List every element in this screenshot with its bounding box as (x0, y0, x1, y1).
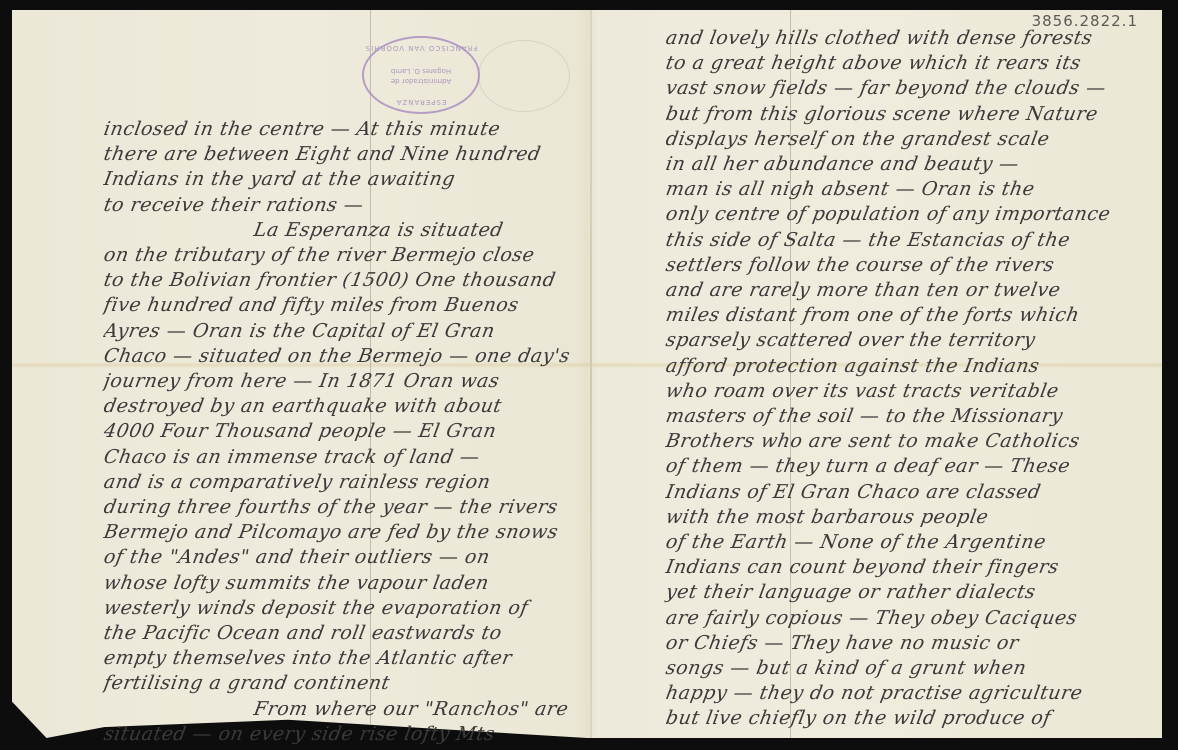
handwritten-line: destroyed by an earthquake with about (102, 394, 576, 419)
handwritten-line: masters of the soil — to the Missionary (664, 404, 1148, 429)
handwritten-line: and lovely hills clothed with dense fore… (664, 26, 1148, 51)
handwritten-line: Indians in the yard at the awaiting (102, 167, 576, 192)
handwritten-line: of the Earth — None of the Argentine (664, 530, 1148, 555)
handwritten-line: empty themselves into the Atlantic after (102, 646, 576, 671)
handwritten-line: in all her abundance and beauty — (664, 152, 1148, 177)
handwritten-line: miles distant from one of the forts whic… (664, 303, 1148, 328)
handwritten-line: with the most barbarous people (664, 505, 1148, 530)
handwritten-line: yet their language or rather dialects (664, 580, 1148, 605)
handwritten-line: whose lofty summits the vapour laden (102, 571, 576, 596)
handwritten-line: vast snow fields — far beyond the clouds… (664, 76, 1148, 101)
handwritten-line: Chaco — situated on the Bermejo — one da… (102, 344, 576, 369)
handwritten-line: La Esperanza is situated (102, 218, 576, 243)
handwritten-line: Indians can count beyond their fingers (664, 555, 1148, 580)
handwritten-line: sparsely scattered over the territory (664, 328, 1148, 353)
handwritten-line: to receive their rations — (102, 193, 576, 218)
handwritten-line: westerly winds deposit the evaporation o… (102, 596, 576, 621)
handwritten-line: and are rarely more than ten or twelve (664, 278, 1148, 303)
handwritten-line: to a great height above which it rears i… (664, 51, 1148, 76)
handwritten-line: of the "Andes" and their outliers — on (102, 545, 576, 570)
handwritten-line: the Pacific Ocean and roll eastwards to (102, 621, 576, 646)
handwritten-line: settlers follow the course of the rivers (664, 253, 1148, 278)
handwritten-line: Ayres — Oran is the Capital of El Gran (102, 319, 576, 344)
handwritten-line: but live chiefly on the wild produce of (664, 706, 1148, 731)
handwritten-line: man is all nigh absent — Oran is the (664, 177, 1148, 202)
handwritten-line: but from this glorious scene where Natur… (664, 102, 1148, 127)
handwritten-line: From where our "Ranchos" are (102, 697, 576, 722)
stamp-ring-top: FRANCISCO VAN VOORHIS (364, 44, 478, 52)
ink-stamp-icon: FRANCISCO VAN VOORHIS Administrador de H… (362, 36, 480, 114)
center-fold (590, 10, 592, 738)
handwritten-line: inclosed in the centre — At this minute (102, 117, 576, 142)
handwritten-line: Brothers who are sent to make Catholics (664, 429, 1148, 454)
handwritten-line: are fairly copious — They obey Caciques (664, 606, 1148, 631)
left-page: inclosed in the centre — At this minute … (104, 117, 574, 747)
handwritten-line: journey from here — In 1871 Oran was (102, 369, 576, 394)
stamp-ring-bottom: ESPERANZA (364, 98, 478, 106)
handwritten-line: 4000 Four Thousand people — El Gran (102, 419, 576, 444)
stamp-inner-line: Administrador de (364, 76, 478, 86)
handwritten-line: this side of Salta — the Estancias of th… (664, 228, 1148, 253)
handwritten-line: happy — they do not practise agriculture (664, 681, 1148, 706)
handwritten-line: to the Bolivian frontier (1500) One thou… (102, 268, 576, 293)
right-page: and lovely hills clothed with dense fore… (666, 26, 1146, 732)
handwritten-line: of them — they turn a deaf ear — These (664, 454, 1148, 479)
stamp-inner: Administrador de Hogares O. Lamb (364, 66, 478, 86)
handwritten-line: there are between Eight and Nine hundred (102, 142, 576, 167)
handwritten-line: or Chiefs — They have no music or (664, 631, 1148, 656)
handwritten-line: five hundred and fifty miles from Buenos (102, 293, 576, 318)
handwritten-line: during three fourths of the year — the r… (102, 495, 576, 520)
handwritten-line: Indians of El Gran Chaco are classed (664, 480, 1148, 505)
handwritten-line: fertilising a grand continent (102, 671, 576, 696)
handwritten-line: Chaco is an immense track of land — (102, 445, 576, 470)
handwritten-line: songs — but a kind of a grunt when (664, 656, 1148, 681)
handwritten-line: displays herself on the grandest scale (664, 127, 1148, 152)
handwritten-line: situated — on every side rise lofty Mts (102, 722, 576, 747)
handwritten-line: Bermejo and Pilcomayo are fed by the sno… (102, 520, 576, 545)
handwritten-line: and is a comparatively rainless region (102, 470, 576, 495)
handwritten-line: afford protection against the Indians (664, 354, 1148, 379)
faded-stamp-icon (478, 40, 570, 112)
handwritten-line: only centre of population of any importa… (664, 202, 1148, 227)
stamp-inner-line: Hogares O. Lamb (364, 66, 478, 76)
handwritten-line: on the tributary of the river Bermejo cl… (102, 243, 576, 268)
handwritten-line: who roam over its vast tracts veritable (664, 379, 1148, 404)
